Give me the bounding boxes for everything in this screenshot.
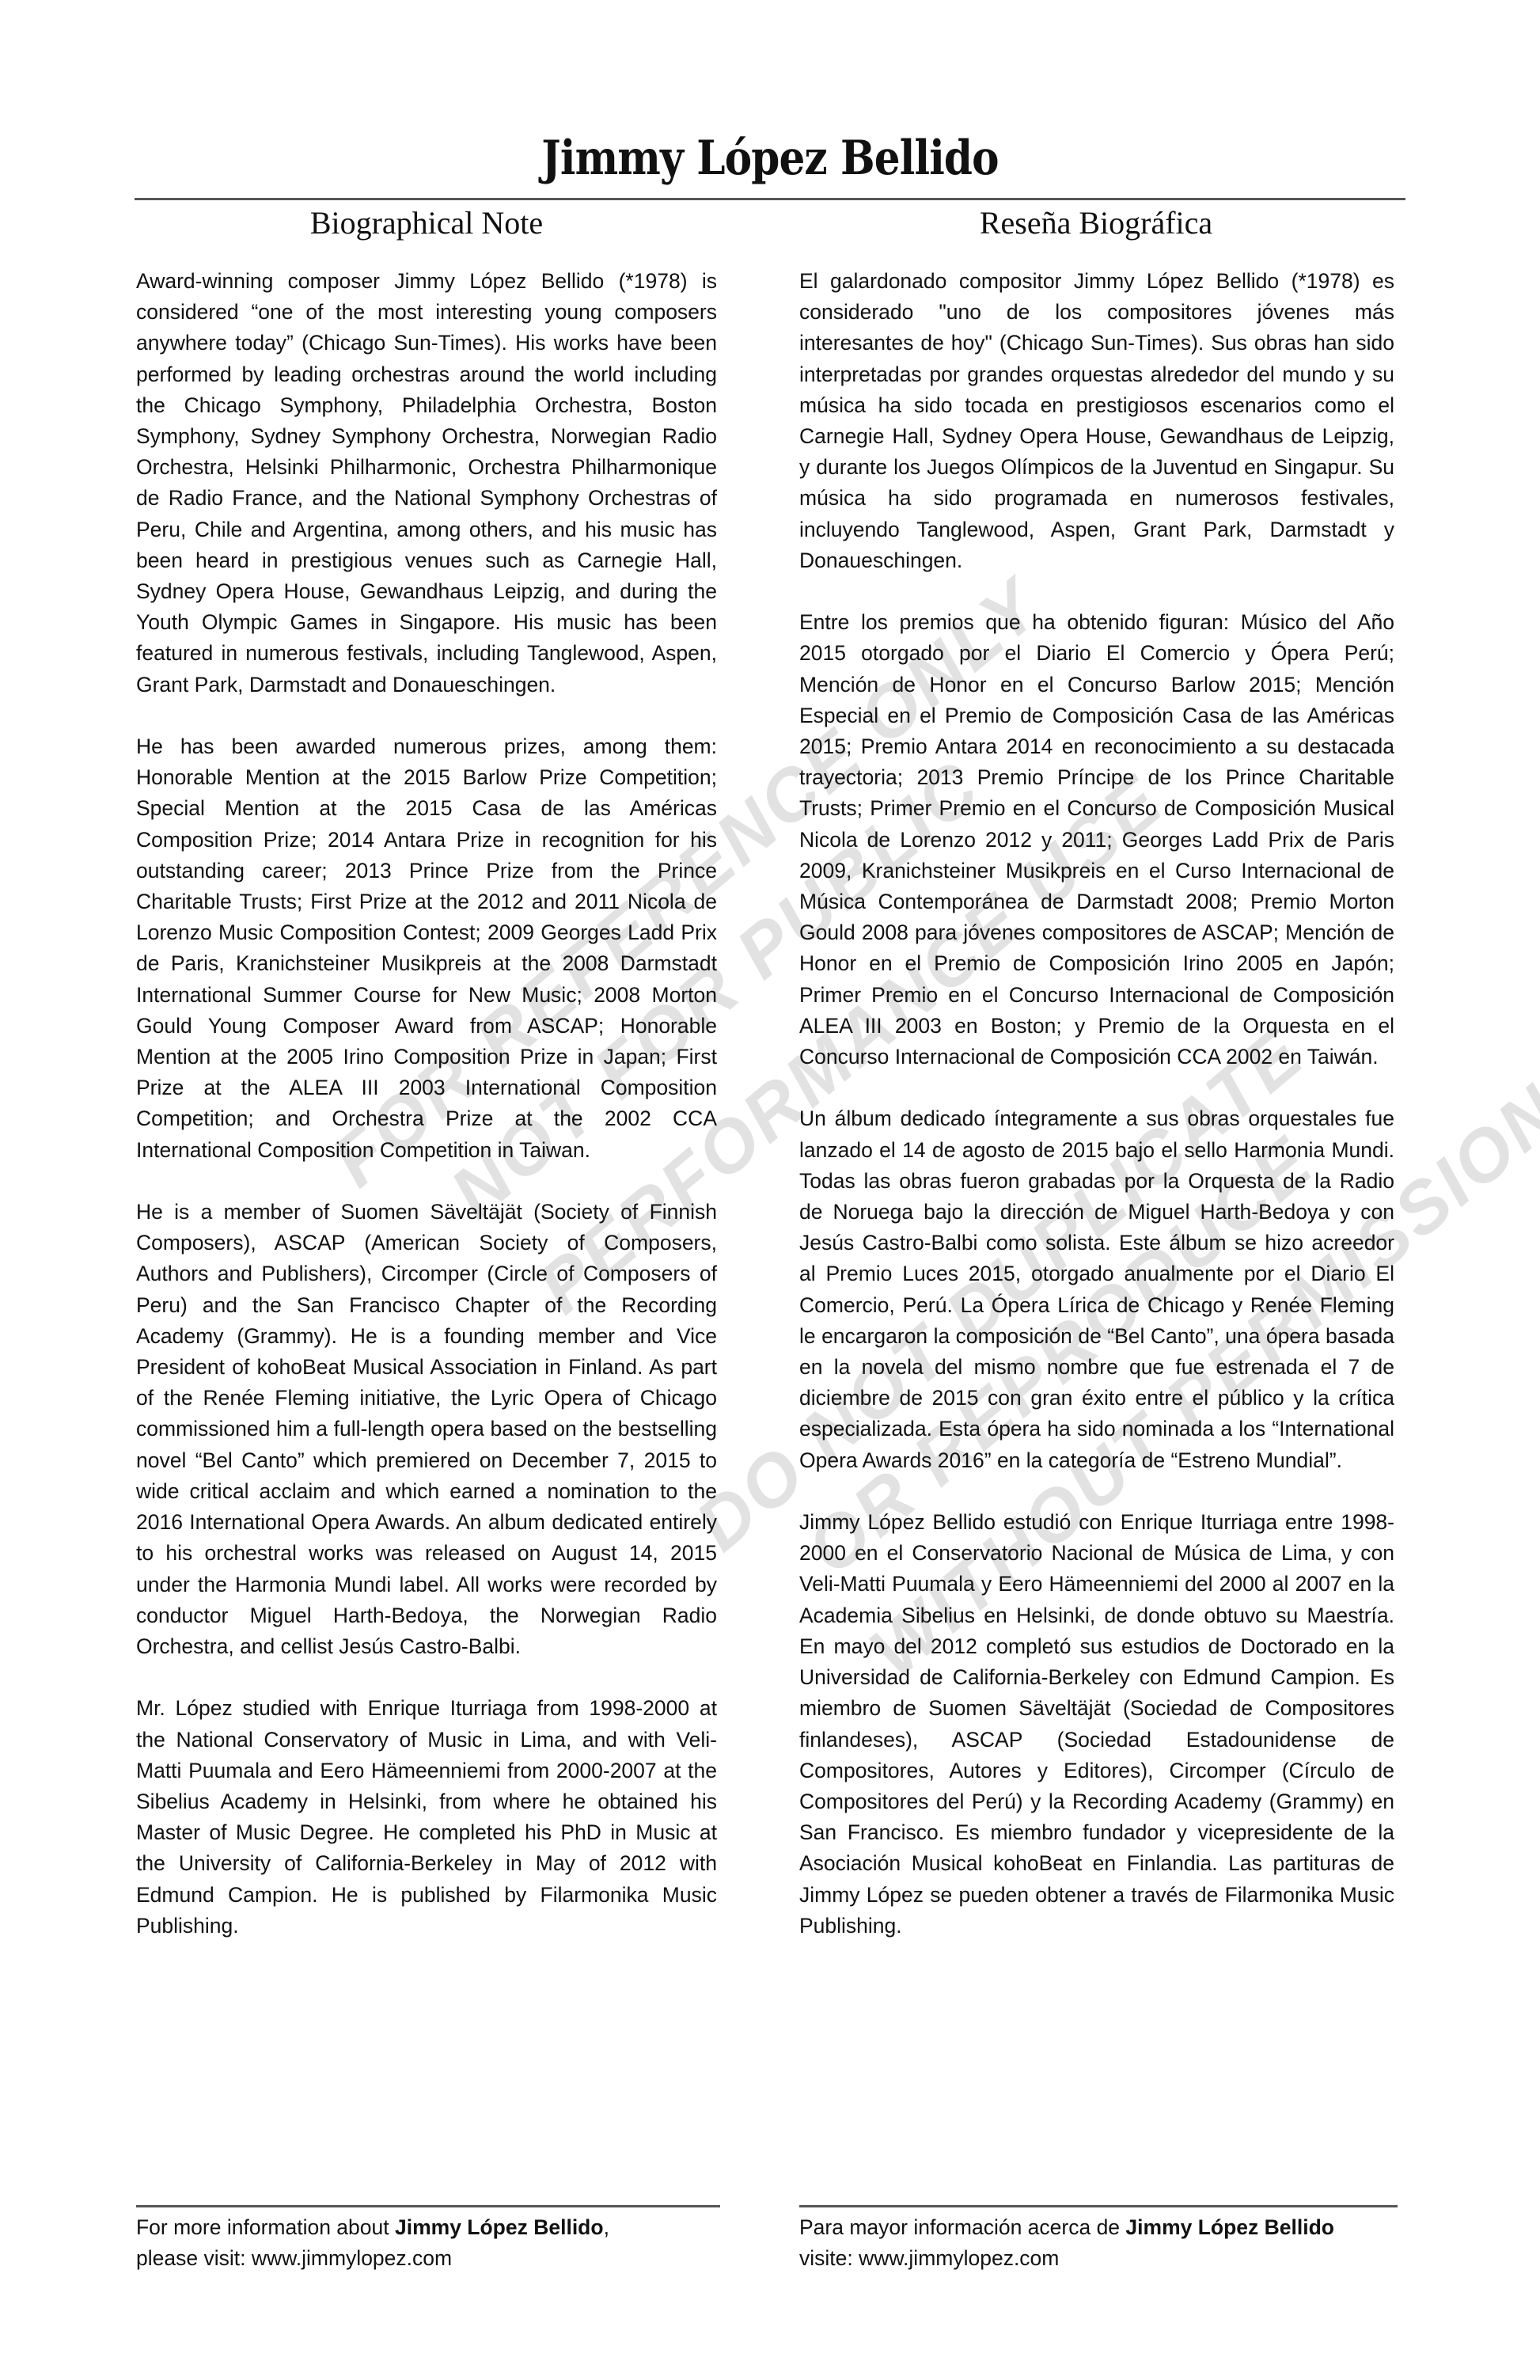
english-paragraph-intro: Award-winning composer Jimmy López Belli… xyxy=(136,266,717,700)
title-divider xyxy=(135,198,1405,200)
spanish-heading: Reseña Biográfica xyxy=(799,201,1393,245)
english-footer-line1: For more information about Jimmy López B… xyxy=(136,2212,720,2243)
spanish-paragraph-intro: El galardonado compositor Jimmy López Be… xyxy=(799,266,1394,576)
biography-page: FOR REFERENCE ONLY NOT FOR PUBLIC PERFOR… xyxy=(0,0,1540,2380)
english-paragraph-memberships: He is a member of Suomen Säveltäjät (Soc… xyxy=(136,1197,717,1662)
page-title: Jimmy López Bellido xyxy=(108,127,1432,190)
english-footer-suffix: , xyxy=(604,2215,609,2239)
spanish-paragraph-education: Jimmy López Bellido estudió con Enrique … xyxy=(799,1507,1394,1942)
spanish-footer-website: visite: www.jimmylopez.com xyxy=(799,2243,1398,2274)
english-footer-prefix: For more information about xyxy=(136,2215,395,2239)
english-footer: For more information about Jimmy López B… xyxy=(136,2205,720,2274)
english-paragraph-prizes: He has been awarded numerous prizes, amo… xyxy=(136,731,717,1166)
english-paragraph-education: Mr. López studied with Enrique Iturriaga… xyxy=(136,1693,717,1942)
spanish-paragraph-prizes: Entre los premios que ha obtenido figura… xyxy=(799,607,1394,1072)
spanish-footer-prefix: Para mayor información acerca de xyxy=(799,2215,1125,2239)
english-heading: Biographical Note xyxy=(136,201,717,245)
english-footer-website: please visit: www.jimmylopez.com xyxy=(136,2243,720,2274)
footer-divider xyxy=(136,2205,720,2207)
spanish-footer: Para mayor información acerca de Jimmy L… xyxy=(799,2205,1398,2274)
spanish-column: El galardonado compositor Jimmy López Be… xyxy=(799,266,1394,1972)
spanish-footer-line1: Para mayor información acerca de Jimmy L… xyxy=(799,2212,1398,2243)
footer-divider xyxy=(799,2205,1398,2207)
english-column: Award-winning composer Jimmy López Belli… xyxy=(136,266,717,1972)
english-footer-name: Jimmy López Bellido xyxy=(395,2215,604,2239)
spanish-paragraph-album: Un álbum dedicado íntegramente a sus obr… xyxy=(799,1103,1394,1475)
spanish-footer-name: Jimmy López Bellido xyxy=(1125,2215,1334,2239)
